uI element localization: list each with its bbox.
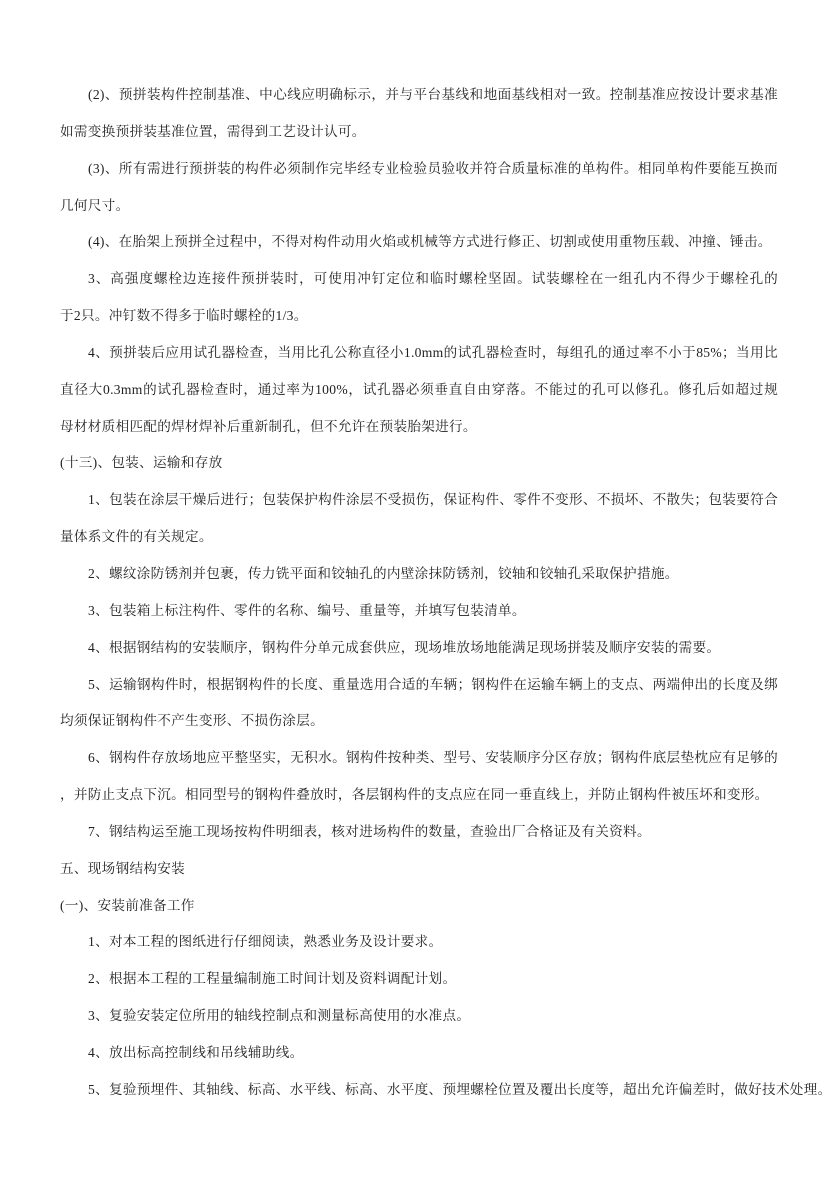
text-line: 2、螺纹涂防锈剂并包裹，传力铣平面和铰轴孔的内壁涂抹防锈剂，铰轴和铰轴孔采取保护… <box>60 556 778 593</box>
text-line: 4、预拼装后应用试孔器检查，当用比孔公称直径小1.0mm的试孔器检查时，每组孔的… <box>60 335 778 372</box>
text-line: 5、运输钢构件时，根据钢构件的长度、重量选用合适的车辆；钢构件在运输车辆上的支点… <box>60 667 778 704</box>
text-line: 直径大0.3mm的试孔器检查时，通过率为100%，试孔器必须垂直自由穿落。不能过… <box>60 372 778 409</box>
text-line: (十三)、包装、运输和存放 <box>60 445 778 482</box>
text-line: (4)、在胎架上预拼全过程中，不得对构件动用火焰或机械等方式进行修正、切割或使用… <box>60 224 778 261</box>
text-line: (一)、安装前准备工作 <box>60 888 778 925</box>
text-line: 母材材质相匹配的焊材焊补后重新制孔，但不允许在预装胎架进行。 <box>60 409 778 446</box>
text-line: 6、钢构件存放场地应平整坚实，无积水。钢构件按种类、型号、安装顺序分区存放；钢构… <box>60 740 778 777</box>
text-line: ，并防止支点下沉。相同型号的钢构件叠放时，各层钢构件的支点应在同一垂直线上，并防… <box>60 777 778 814</box>
text-line: 2、根据本工程的工程量编制施工时间计划及资料调配计划。 <box>60 961 778 998</box>
text-line: 于2只。冲钉数不得多于临时螺栓的1/3。 <box>60 298 778 335</box>
text-line: (2)、预拼装构件控制基准、中心线应明确标示，并与平台基线和地面基线相对一致。控… <box>60 77 778 114</box>
text-line: 3、复验安装定位所用的轴线控制点和测量标高使用的水准点。 <box>60 998 778 1035</box>
text-line: 3、高强度螺栓边连接件预拼装时，可使用冲钉定位和临时螺栓坚固。试装螺栓在一组孔内… <box>60 261 778 298</box>
text-line: 量体系文件的有关规定。 <box>60 519 778 556</box>
text-line: 几何尺寸。 <box>60 188 778 225</box>
text-line: 4、放出标高控制线和吊线辅助线。 <box>60 1035 778 1072</box>
text-line: 7、钢结构运至施工现场按构件明细表，核对进场构件的数量，查验出厂合格证及有关资料… <box>60 814 778 851</box>
text-line: 3、包装箱上标注构件、零件的名称、编号、重量等，并填写包装清单。 <box>60 593 778 630</box>
text-line: 如需变换预拼装基准位置，需得到工艺设计认可。 <box>60 114 778 151</box>
text-line: 五、现场钢结构安装 <box>60 851 778 888</box>
document-body-text: (2)、预拼装构件控制基准、中心线应明确标示，并与平台基线和地面基线相对一致。控… <box>60 77 778 1109</box>
text-line: 4、根据钢结构的安装顺序，钢构件分单元成套供应，现场堆放场地能满足现场拼装及顺序… <box>60 630 778 667</box>
document-page: (2)、预拼装构件控制基准、中心线应明确标示，并与平台基线和地面基线相对一致。控… <box>0 0 838 1186</box>
text-line: 均须保证钢构件不产生变形、不损伤涂层。 <box>60 703 778 740</box>
text-line: (3)、所有需进行预拼装的构件必须制作完毕经专业检验员验收并符合质量标准的单构件… <box>60 151 778 188</box>
text-line: 1、对本工程的图纸进行仔细阅读，熟悉业务及设计要求。 <box>60 924 778 961</box>
text-line: 5、复验预埋件、其轴线、标高、水平线、标高、水平度、预埋螺栓位置及覆出长度等，超… <box>60 1072 778 1109</box>
text-line: 1、包装在涂层干燥后进行；包装保护构件涂层不受损伤，保证构件、零件不变形、不损坏… <box>60 482 778 519</box>
